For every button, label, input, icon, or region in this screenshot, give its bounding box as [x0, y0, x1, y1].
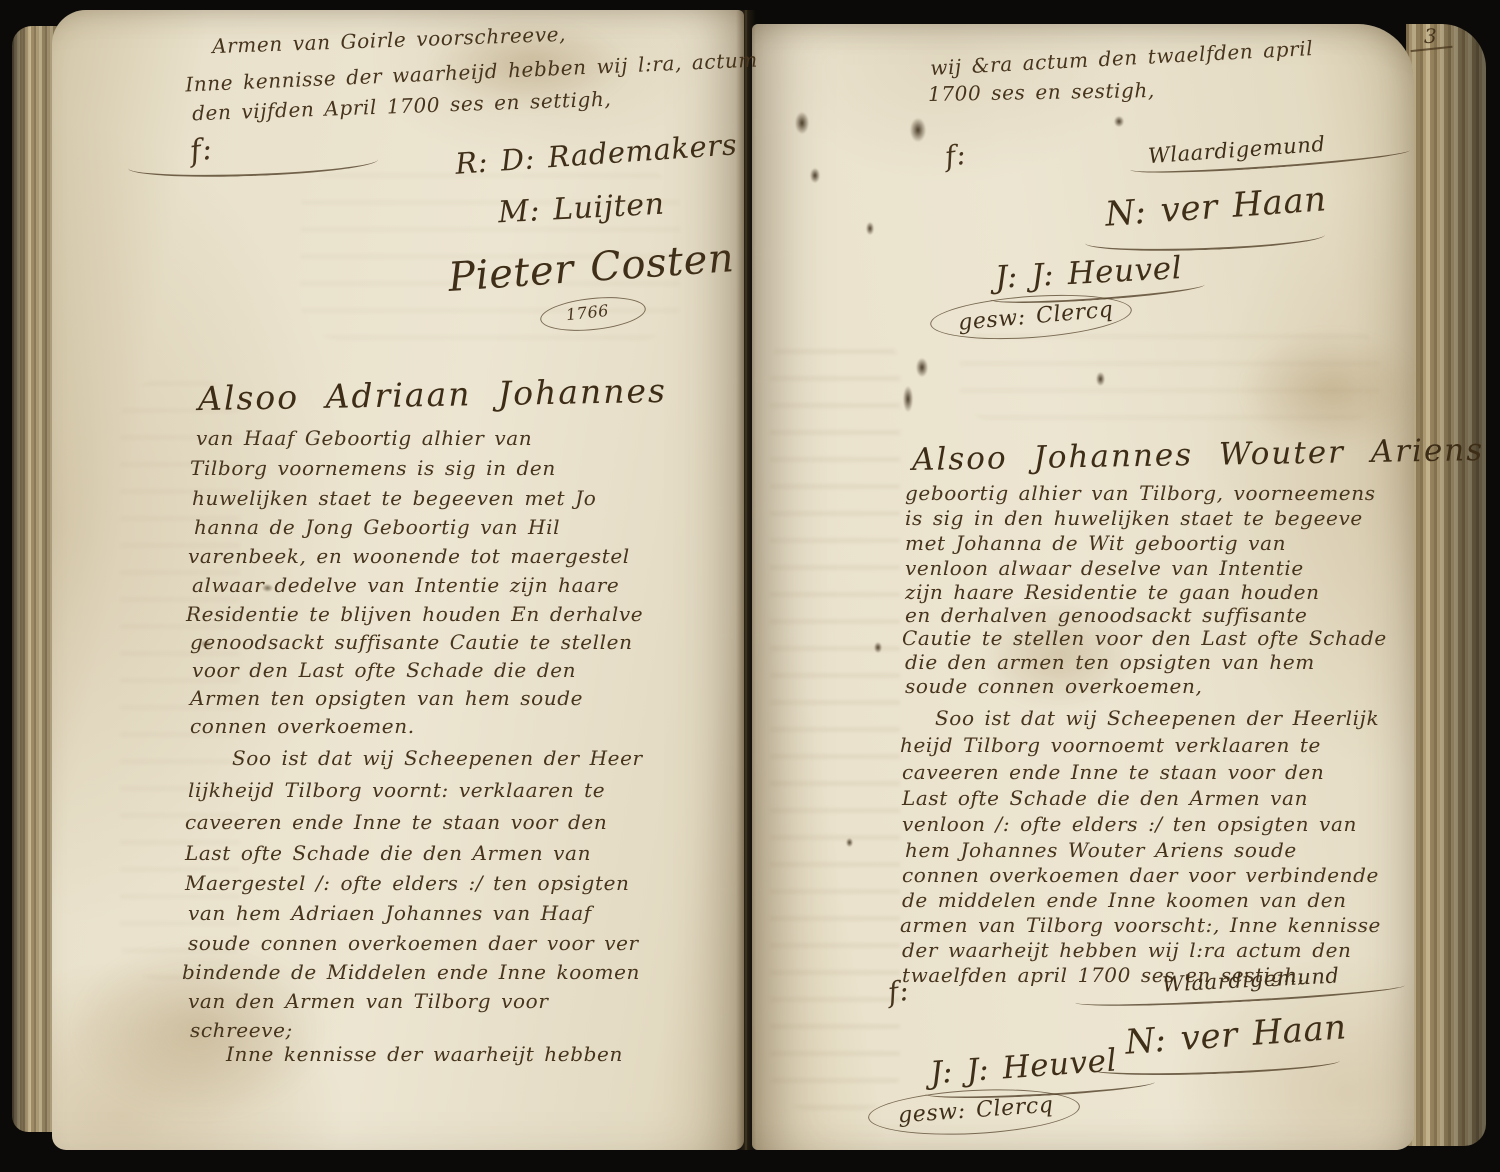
- resolution-line: heijd Tilborg voornoemt verklaaren te: [900, 735, 1321, 755]
- resolution-line: Soo ist dat wij Scheepenen der Heer: [232, 748, 643, 768]
- ink-blot: [866, 222, 874, 235]
- ink-blot: [795, 112, 809, 134]
- ink-blot: [874, 642, 882, 653]
- act-line: huwelijken staet te begeeven met Jo: [192, 488, 596, 508]
- act-opening-line: Alsoo Adriaan Johannes: [198, 374, 667, 415]
- book-gutter: [736, 10, 756, 1150]
- act-line: hanna de Jong Geboortig van Hil: [194, 517, 560, 537]
- resolution-line: lijkheijd Tilborg voornt: verklaaren te: [188, 780, 605, 800]
- resolution-line: connen overkoemen daer voor verbindende: [902, 865, 1379, 885]
- ink-blot: [910, 118, 926, 142]
- ink-blot: [1096, 372, 1105, 386]
- resolution-line: schreeve;: [190, 1020, 293, 1040]
- act-line: connen overkoemen.: [190, 716, 415, 736]
- closing-line: Inne kennisse der waarheijt hebben: [226, 1044, 623, 1064]
- act-line: varenbeek, en woonende tot maergestel: [188, 546, 630, 566]
- resolution-line: bindende de Middelen ende Inne koomen: [182, 962, 640, 982]
- ink-blot: [846, 838, 853, 847]
- resolution-line: der waarheijt hebben wij l:ra actum den: [902, 940, 1352, 960]
- right-header-line: 1700 ses en sestigh,: [928, 80, 1155, 104]
- paraph-mark: f:: [886, 977, 911, 1008]
- resolution-line: caveeren ende Inne te staan voor den: [902, 762, 1324, 782]
- resolution-line: Last ofte Schade die den Armen van: [902, 788, 1308, 808]
- act-line: voor den Last ofte Schade die den: [192, 660, 576, 680]
- resolution-line: Soo ist dat wij Scheepenen der Heerlijk: [935, 708, 1379, 728]
- act-line: met Johanna de Wit geboortig van: [905, 533, 1286, 553]
- manuscript-scan: Armen van Goirle voorschreeve, Inne kenn…: [0, 0, 1500, 1172]
- act-line: alwaar dedelve van Intentie zijn haare: [192, 575, 619, 595]
- resolution-line: soude connen overkoemen daer voor ver: [188, 933, 639, 953]
- signature-year: 1766: [565, 303, 610, 323]
- resolution-line: armen van Tilborg voorscht:, Inne kennis…: [900, 915, 1381, 935]
- ink-blot: [1114, 116, 1124, 127]
- act-line: is sig in den huwelijken staet te begeev…: [905, 508, 1363, 528]
- bleed-through: [770, 330, 900, 1110]
- act-line: geboortig alhier van Tilborg, voorneemen…: [905, 483, 1376, 503]
- ink-blot: [916, 358, 928, 377]
- ink-blot: [810, 168, 820, 183]
- paper-stain: [1240, 330, 1420, 450]
- act-line: zijn haare Residentie te gaan houden: [905, 582, 1320, 602]
- paraph-mark: f:: [943, 141, 968, 172]
- act-line: en derhalven genoodsackt suffisante: [905, 605, 1307, 625]
- resolution-line: van hem Adriaen Johannes van Haaf: [188, 903, 592, 923]
- right-fore-edge: [1406, 24, 1486, 1146]
- ink-blot: [903, 386, 913, 412]
- resolution-line: de middelen ende Inne koomen van den: [902, 890, 1347, 910]
- act-line: Residentie te blijven houden En derhalve: [186, 604, 643, 624]
- act-line: Tilborg voornemens is sig in den: [190, 458, 556, 478]
- act-line: van Haaf Geboortig alhier van: [196, 428, 532, 448]
- act-line: Armen ten opsigten van hem soude: [190, 688, 583, 708]
- act-line: Cautie te stellen voor den Last ofte Sch…: [902, 628, 1387, 648]
- resolution-line: van den Armen van Tilborg voor: [188, 991, 548, 1011]
- act-line: genoodsackt suffisante Cautie te stellen: [190, 632, 633, 652]
- resolution-line: venloon /: ofte elders :/ ten opsigten v…: [902, 814, 1357, 834]
- resolution-line: Last ofte Schade die den Armen van: [185, 843, 591, 863]
- act-line: die den armen ten opsigten van hem: [905, 652, 1315, 672]
- act-line: soude connen overkoemen,: [905, 676, 1202, 696]
- act-line: venloon alwaar deselve van Intentie: [905, 558, 1304, 578]
- resolution-line: caveeren ende Inne te staan voor den: [185, 812, 607, 832]
- resolution-line: hem Johannes Wouter Ariens soude: [905, 840, 1297, 860]
- signature: M: Luijten: [497, 190, 665, 229]
- resolution-line: Maergestel /: ofte elders :/ ten opsigte…: [185, 873, 630, 893]
